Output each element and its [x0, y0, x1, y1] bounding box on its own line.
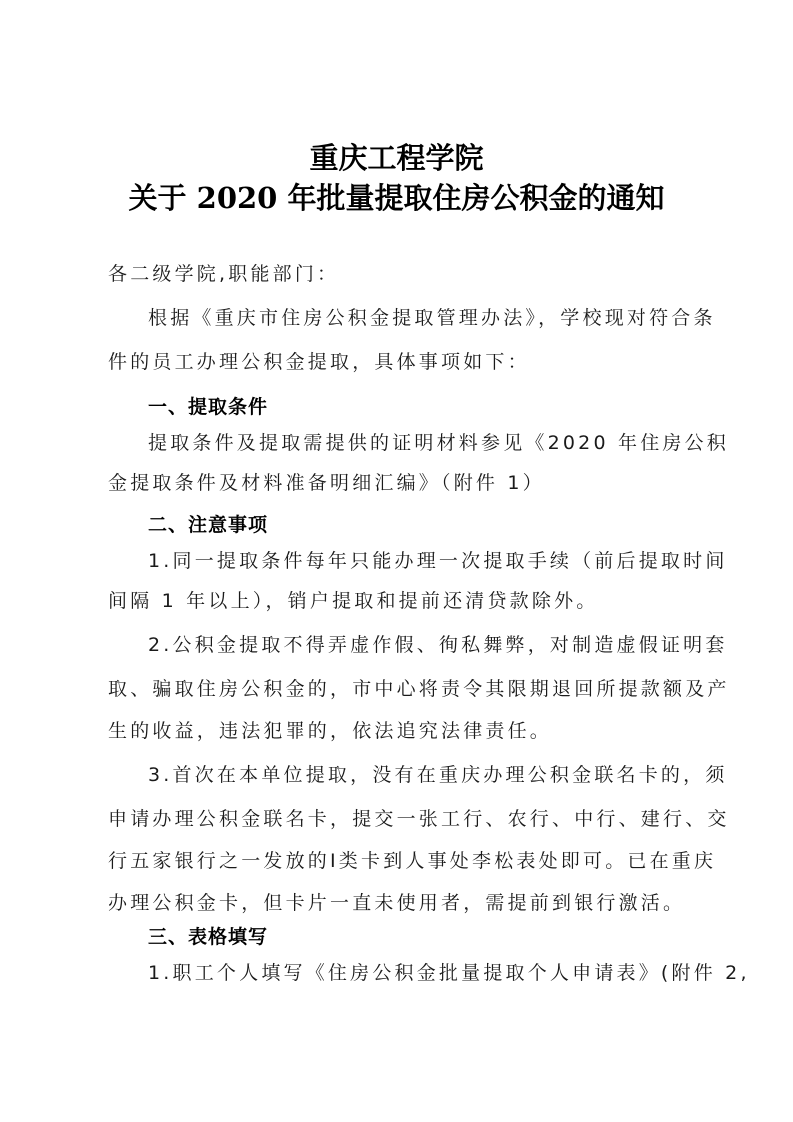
section2-item3-line1: 3.首次在本单位提取，没有在重庆办理公积金联名卡的，须 — [148, 763, 738, 787]
intro-line-2: 件的员工办理公积金提取，具体事项如下： — [108, 350, 698, 374]
section-heading-2: 二、注意事项 — [148, 513, 268, 537]
salutation: 各二级学院,职能部门： — [108, 262, 698, 286]
section3-item1-line1: 1.职工个人填写《住房公积金批量提取个人申请表》(附件 2, — [148, 961, 738, 985]
section2-item3-line2: 申请办理公积金联名卡，提交一张工行、农行、中行、建行、交 — [108, 807, 698, 831]
section-heading-3: 三、表格填写 — [148, 925, 268, 949]
section1-para1-line1: 提取条件及提取需提供的证明材料参见《2020 年住房公积 — [148, 431, 738, 455]
section-heading-1: 一、提取条件 — [148, 395, 268, 419]
section2-item1-line2: 间隔 1 年以上），销户提取和提前还清贷款除外。 — [108, 589, 698, 613]
document-page: 重庆工程学院 关于 2020 年批量提取住房公积金的通知 各二级学院,职能部门：… — [0, 0, 793, 1122]
section2-item2-line1: 2.公积金提取不得弄虚作假、徇私舞弊，对制造虚假证明套 — [148, 633, 738, 657]
section2-item2-line2: 取、骗取住房公积金的，市中心将责令其限期退回所提款额及产 — [108, 677, 698, 701]
intro-line-1: 根据《重庆市住房公积金提取管理办法》，学校现对符合条 — [148, 306, 738, 330]
section2-item1-line1: 1.同一提取条件每年只能办理一次提取手续（前后提取时间 — [148, 549, 738, 573]
section2-item3-line4: 办理公积金卡，但卡片一直未使用者，需提前到银行激活。 — [108, 891, 698, 915]
document-title-subject: 关于 2020 年批量提取住房公积金的通知 — [0, 178, 793, 218]
document-title-institution: 重庆工程学院 — [0, 138, 793, 178]
section2-item2-line3: 生的收益，违法犯罪的，依法追究法律责任。 — [108, 719, 698, 743]
section2-item3-line3: 行五家银行之一发放的Ⅰ类卡到人事处李松表处即可。已在重庆 — [108, 849, 698, 873]
section1-para1-line2: 金提取条件及材料准备明细汇编》（附件 1） — [108, 471, 698, 495]
